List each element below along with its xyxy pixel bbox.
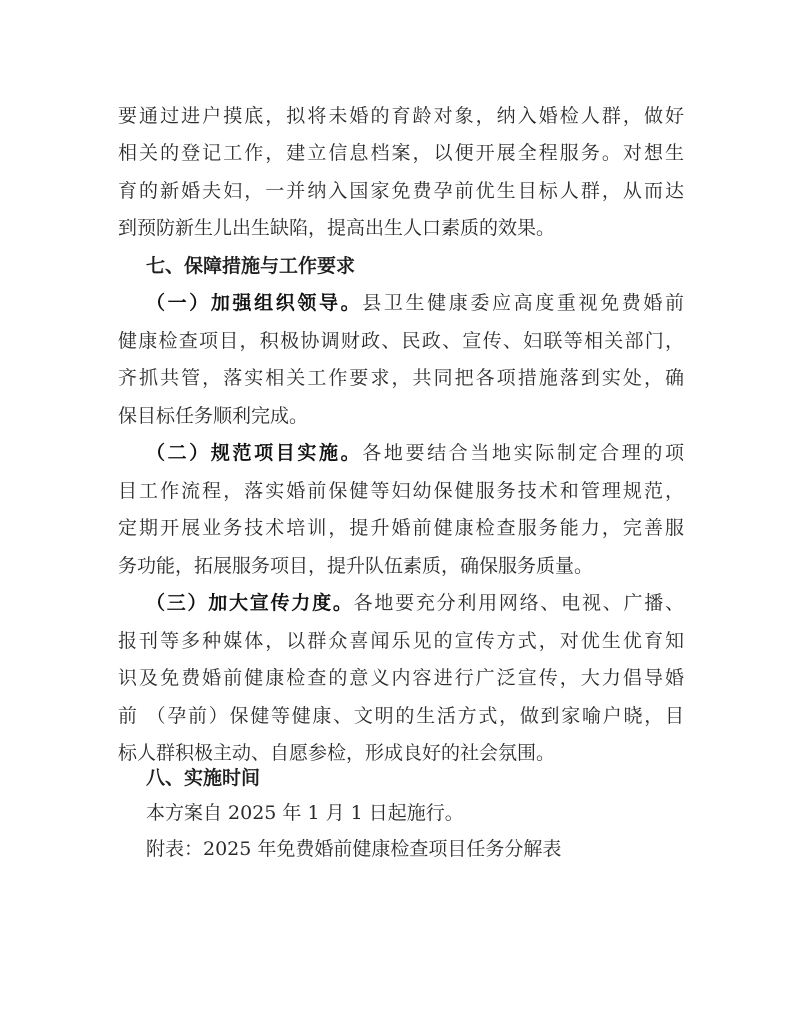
intro-line-1: 要通过进户摸底，拟将未婚的育龄对象，纳入婚检人群，做好: [118, 101, 684, 131]
item-3-first-line: （三）加大宣传力度。各地要充分利用网络、电视、广播、: [146, 588, 684, 618]
item-1-line-3: 齐抓共管，落实相关工作要求，共同把各项措施落到实处，确: [118, 363, 684, 393]
item-3-line-3: 识及免费婚前健康检查的意义内容进行广泛宣传，大力倡导婚: [118, 663, 684, 693]
item-1-line-2: 健康检查项目，积极协调财政、民政、宣传、妇联等相关部门，: [118, 326, 684, 356]
section-8-text: 本方案自 2025 年 1 月 1 日起施行。: [146, 798, 684, 828]
item-3-lead: （三）加大宣传力度。: [146, 592, 354, 614]
item-2-first-line: （二）规范项目实施。各地要结合当地实际制定合理的项: [146, 438, 684, 468]
section-8-heading: 八、实施时间: [146, 763, 684, 793]
item-1-first-line-text: 县卫生健康委应高度重视免费婚前: [362, 292, 684, 314]
item-3-line-2: 报刊等多种媒体，以群众喜闻乐见的宣传方式，对优生优育知: [118, 626, 684, 656]
attachment-note: 附表：2025 年免费婚前健康检查项目任务分解表: [146, 834, 684, 864]
section-7-heading: 七、保障措施与工作要求: [146, 251, 684, 281]
item-2-lead: （二）规范项目实施。: [146, 442, 362, 464]
item-3-line-4: 前 （孕前）保健等健康、文明的生活方式，做到家喻户晓，目: [118, 701, 684, 731]
intro-line-4: 到预防新生儿出生缺陷，提高出生人口素质的效果。: [118, 213, 684, 243]
document-page: 要通过进户摸底，拟将未婚的育龄对象，纳入婚检人群，做好 相关的登记工作，建立信息…: [0, 0, 800, 1035]
item-2-line-2: 目工作流程，落实婚前保健等妇幼保健服务技术和管理规范，: [118, 476, 684, 506]
item-1-line-4: 保目标任务顺利完成。: [118, 401, 684, 431]
intro-line-3: 育的新婚夫妇，一并纳入国家免费孕前优生目标人群，从而达: [118, 176, 684, 206]
item-1-first-line: （一）加强组织领导。县卫生健康委应高度重视免费婚前: [146, 288, 684, 318]
item-2-first-line-text: 各地要结合当地实际制定合理的项: [362, 442, 684, 464]
item-2-line-4: 务功能，拓展服务项目，提升队伍素质，确保服务质量。: [118, 551, 684, 581]
item-3-first-line-text: 各地要充分利用网络、电视、广播、: [354, 592, 684, 614]
item-2-line-3: 定期开展业务技术培训，提升婚前健康检查服务能力，完善服: [118, 513, 684, 543]
intro-line-2: 相关的登记工作，建立信息档案，以便开展全程服务。对想生: [118, 138, 684, 168]
item-1-lead: （一）加强组织领导。: [146, 292, 362, 314]
